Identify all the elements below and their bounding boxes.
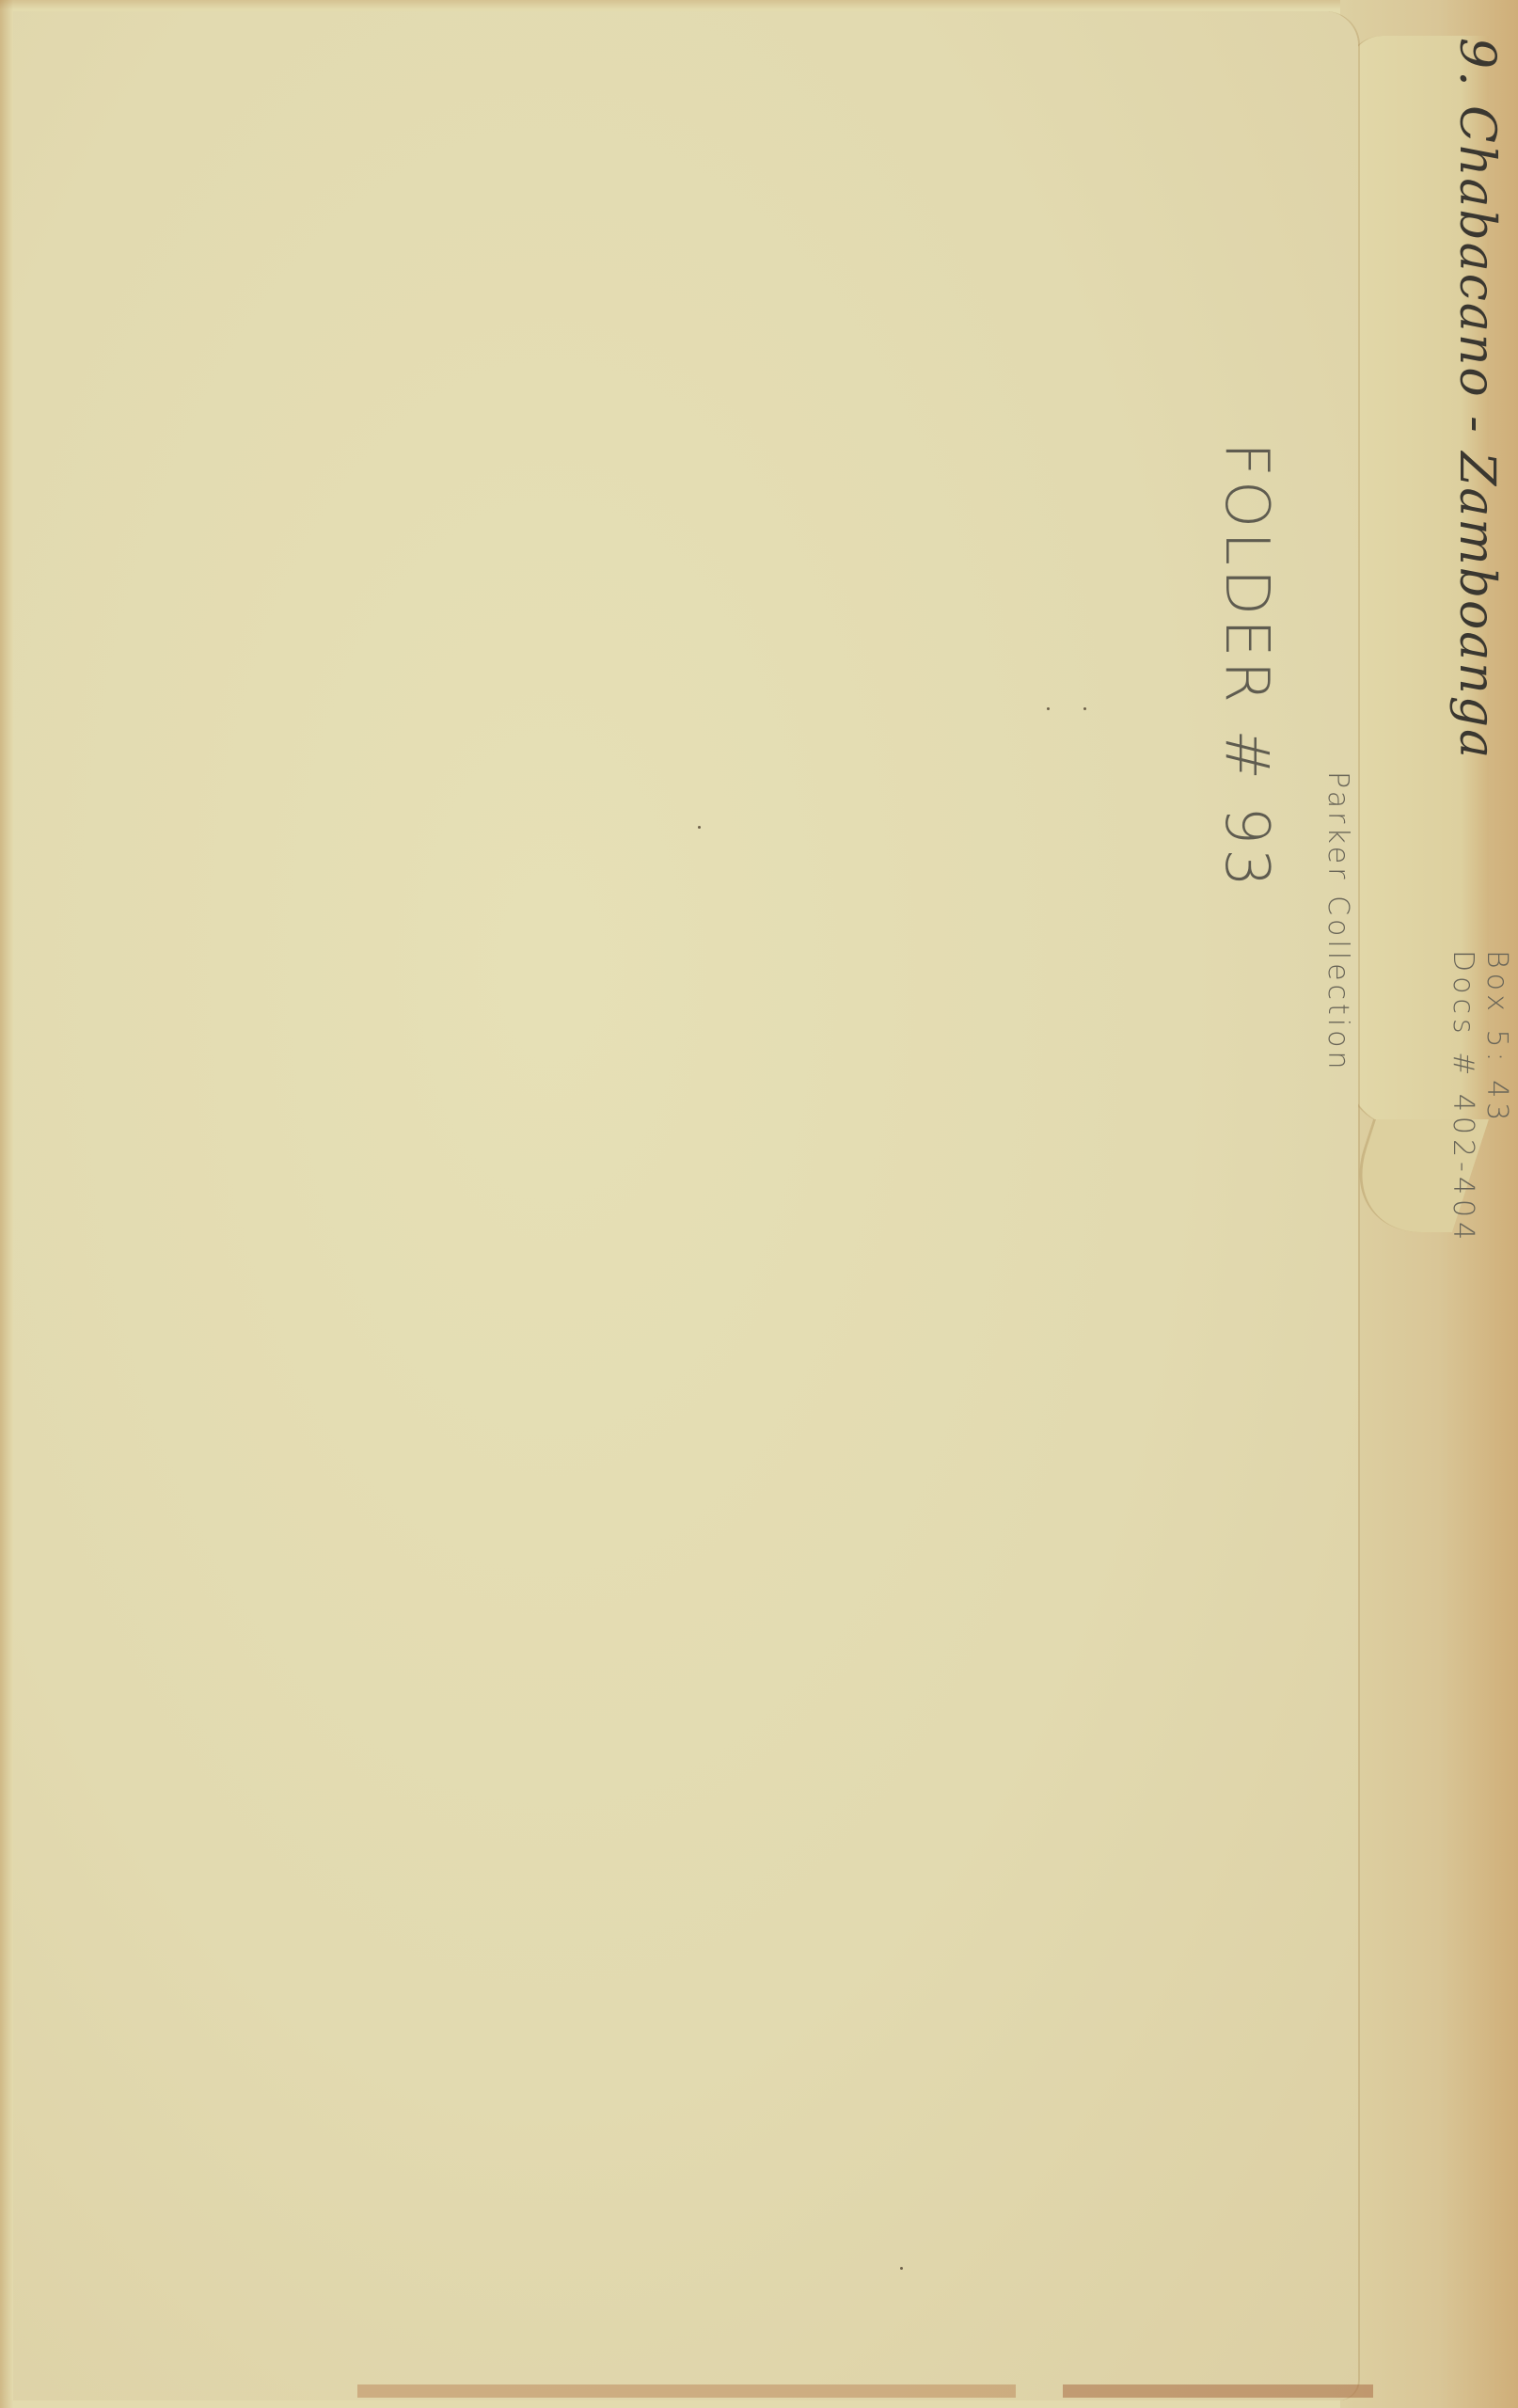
folder-front-panel bbox=[13, 11, 1358, 2400]
edge-stain bbox=[1063, 2384, 1373, 2398]
box-label: Box 5: 43 bbox=[1478, 950, 1514, 1125]
speck bbox=[900, 2267, 903, 2270]
speck bbox=[698, 826, 701, 829]
edge-stain bbox=[357, 2384, 1016, 2398]
collection-note: Parker Collection bbox=[1321, 771, 1354, 1072]
speck bbox=[1047, 707, 1050, 710]
speck bbox=[1083, 707, 1086, 710]
folder-number: FOLDER # 93 bbox=[1211, 442, 1281, 891]
docs-label: Docs # 402-404 bbox=[1445, 950, 1480, 1244]
folder-scan: 9. Chabacano - Zamboanga FOLDER # 93 Par… bbox=[0, 0, 1518, 2408]
tab-label: 9. Chabacano - Zamboanga bbox=[1448, 38, 1505, 760]
